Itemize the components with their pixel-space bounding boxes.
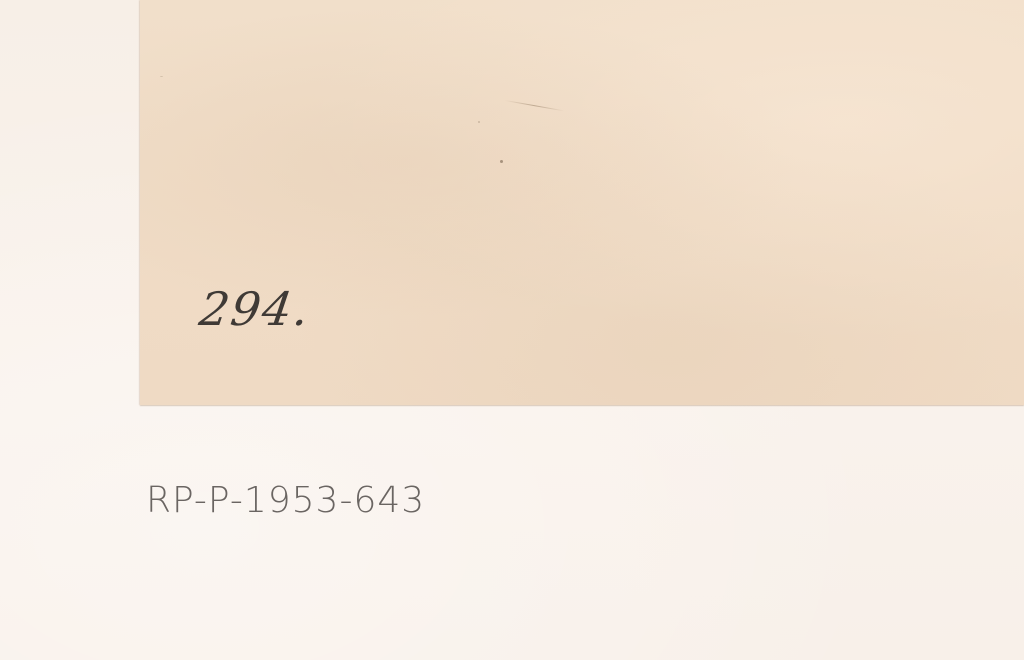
- print-sheet: [140, 0, 1024, 405]
- paper-speck: [160, 76, 163, 77]
- mount-backing-sheet: 294. RP-P-1953-643: [0, 0, 1024, 660]
- paper-speck: [478, 121, 480, 123]
- sheet-number-annotation: 294.: [196, 282, 314, 336]
- paper-scratch: [505, 100, 564, 111]
- inventory-number-annotation: RP-P-1953-643: [146, 480, 425, 521]
- paper-speck: [500, 160, 503, 163]
